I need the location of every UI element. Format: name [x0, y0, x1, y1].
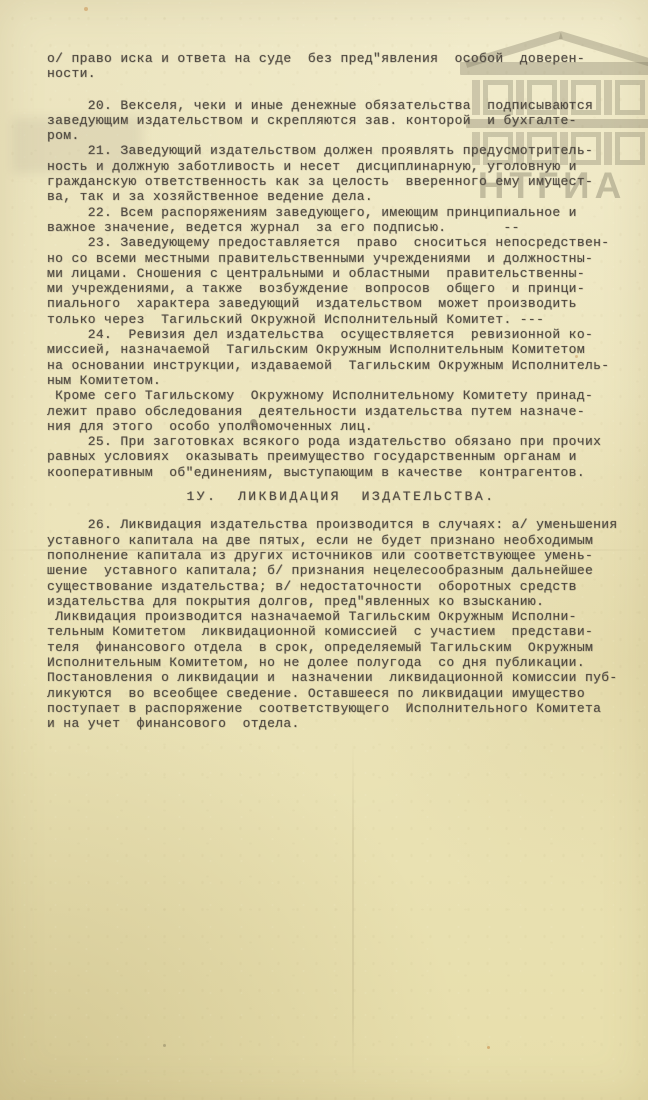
- paragraph-liquidation-procedure: Ликвидация производится назначаемой Таги…: [47, 609, 635, 731]
- paragraph-20: 20. Векселя, чеки и иные денежные обязат…: [47, 98, 635, 144]
- paragraph-25: 25. При заготовках всякого рода издатель…: [47, 434, 635, 480]
- paper-speck: [487, 1046, 490, 1049]
- paragraph-24: 24. Ревизия дел издательства осуществляе…: [47, 327, 635, 388]
- paragraph-sub-item-o: о/ право иска и ответа на суде без пред"…: [47, 51, 635, 82]
- paper-speck: [84, 7, 88, 11]
- document-page: НТГИА о/ право иска и ответа на суде без…: [0, 0, 648, 1100]
- paragraph-26: 26. Ликвидация издательства производится…: [47, 517, 635, 609]
- vertical-fold-line: [352, 740, 354, 1080]
- paragraph-23: 23. Заведующему предоставляется право сн…: [47, 235, 635, 327]
- paragraph-22: 22. Всем распоряжениям заведующего, имею…: [47, 205, 635, 236]
- paragraph-24-addendum: Кроме сего Тагильскому Окружному Исполни…: [47, 388, 635, 434]
- paragraph-21: 21. Заведующий издательством должен проя…: [47, 143, 635, 204]
- section-heading-liquidation: 1У. ЛИКВИДАЦИЯ ИЗДАТЕЛЬСТВА.: [47, 489, 635, 504]
- paper-speck: [163, 1044, 166, 1047]
- typewritten-text-block: о/ право иска и ответа на суде без пред"…: [47, 51, 635, 731]
